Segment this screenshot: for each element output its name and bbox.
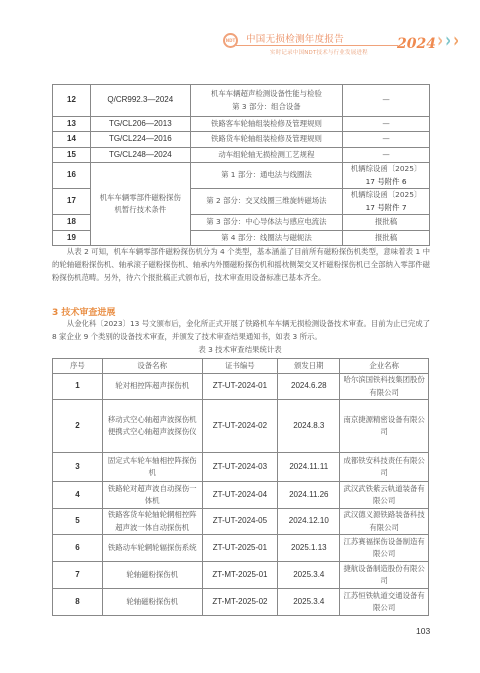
table-caption: 表 3 技术审查结果统计表: [0, 344, 480, 355]
row-number: 2: [53, 400, 103, 453]
report-year: 2024: [397, 36, 436, 52]
chevron-right-icon: ›: [453, 30, 459, 50]
row-number: 5: [53, 509, 103, 535]
table-row: 7 轮轴磁粉探伤机 ZT-MT-2025-01 2025.3.4 捷航设备制造股…: [53, 562, 429, 589]
standard-code: Q/CR992.3—2024: [90, 85, 190, 117]
column-header: 序号: [53, 359, 103, 374]
column-header: 设备名称: [102, 359, 202, 374]
column-header: 证书编号: [202, 359, 278, 374]
row-number: 16: [53, 163, 91, 189]
name-line: 第 3 部分：组合设备: [194, 101, 339, 114]
company-name: 南京捷源精密设备有限公司: [340, 400, 429, 453]
table-row: 14 TG/CL224—2016 铁路货车轮轴组装检修及管理规则 —: [53, 132, 430, 148]
table-row: 13 TG/CL206—2013 铁路客车轮轴组装检修及管理规则 —: [53, 117, 430, 132]
company-name: 江苏恒铁轨道交通设备有限公司: [340, 589, 429, 616]
issue-date: 2024.11.26: [278, 482, 340, 509]
row-number: 13: [53, 117, 91, 132]
device-name: 轮对相控阵超声探伤机: [102, 374, 202, 400]
column-header: 颁发日期: [278, 359, 340, 374]
name-line: 机车车辆超声检测设备性能与检验: [194, 88, 339, 101]
device-name: 铁路客货车轮轴轮辋相控阵超声波一体自动探伤机: [102, 509, 202, 535]
chevron-right-icon: ›: [437, 30, 443, 50]
standard-part: 第 2 部分：交叉线圈三维旋转磁场法: [190, 189, 342, 215]
remark: 报批稿: [343, 215, 430, 231]
report-subtitle: 实时记录中国NDT技术与行业发展进程: [270, 48, 368, 56]
certificate-number: ZT-UT-2024-01: [202, 374, 278, 400]
standard-code: TG/CL224—2016: [90, 132, 190, 148]
certificate-number: ZT-MT-2025-01: [202, 562, 278, 589]
row-number: 4: [53, 482, 103, 509]
row-number: 7: [53, 562, 103, 589]
issue-date: 2024.8.3: [278, 400, 340, 453]
name-line: 机车车辆零部件磁粉探伤: [94, 192, 187, 205]
row-number: 15: [53, 148, 91, 163]
certificate-number: ZT-UT-2024-02: [202, 400, 278, 453]
device-name: 铁路动车轮辋轮辐探伤系统: [102, 535, 202, 562]
company-name: 江苏赛福探伤设备制造有限公司: [340, 535, 429, 562]
merged-standard-name: 机车车辆零部件磁粉探伤机暂行技术条件: [90, 163, 190, 246]
remark-line: 17 号附件 6: [346, 176, 426, 189]
chevron-right-icon: ›: [445, 30, 451, 50]
device-name: 轮轴磁粉探伤机: [102, 589, 202, 616]
company-name: 捷航设备制造股份有限公司: [340, 562, 429, 589]
row-number: 19: [53, 231, 91, 246]
company-name: 武汉武铁紫云轨道装备有限公司: [340, 482, 429, 509]
issue-date: 2025.3.4: [278, 589, 340, 616]
standard-name: 动车组轮轴无损检测工艺规程: [190, 148, 342, 163]
device-name: 铁路轮对超声波自动探伤一体机: [102, 482, 202, 509]
standard-code: TG/CL206—2013: [90, 117, 190, 132]
remark-line: 17 号附件 7: [346, 202, 426, 215]
device-name: 轮轴磁粉探伤机: [102, 562, 202, 589]
table-row: 6 铁路动车轮辋轮辐探伤系统 ZT-UT-2025-01 2025.1.13 江…: [53, 535, 429, 562]
column-header: 企业名称: [340, 359, 429, 374]
issue-date: 2025.3.4: [278, 562, 340, 589]
device-name: 固定式车轮车轴相控阵探伤机: [102, 453, 202, 482]
report-title: 中国无损检测年度报告: [246, 31, 344, 45]
header-divider: [236, 45, 398, 46]
table-row: 16 机车车辆零部件磁粉探伤机暂行技术条件 第 1 部分：通电法与线圈法 机辆综…: [53, 163, 430, 189]
row-number: 1: [53, 374, 103, 400]
remark-line: 机辆综设函〔2025〕: [346, 163, 426, 176]
certificate-number: ZT-UT-2025-01: [202, 535, 278, 562]
remark: —: [343, 132, 430, 148]
company-name: 成都铁安科技责任有限公司: [340, 453, 429, 482]
logo-text: NDT: [226, 38, 235, 43]
table-header-row: 序号 设备名称 证书编号 颁发日期 企业名称: [53, 359, 429, 374]
table-row: 15 TG/CL248—2024 动车组轮轴无损检测工艺规程 —: [53, 148, 430, 163]
body-paragraph-1: 从表 2 可知，机车车辆零部件磁粉探伤机分为 4 个类型，基本涵盖了目前所有磁粉…: [52, 245, 430, 285]
remark: —: [343, 117, 430, 132]
row-number: 14: [53, 132, 91, 148]
body-paragraph-2: 从金化科〔2023〕13 号文颁布后，金化所正式开展了铁路机车车辆无损检测设备技…: [52, 317, 430, 343]
remark: —: [343, 148, 430, 163]
page-header: NDT 中国无损检测年度报告 实时记录中国NDT技术与行业发展进程 2024 ›…: [0, 0, 480, 62]
standard-name: 铁路客车轮轴组装检修及管理规则: [190, 117, 342, 132]
table-row: 4 铁路轮对超声波自动探伤一体机 ZT-UT-2024-04 2024.11.2…: [53, 482, 429, 509]
certificate-number: ZT-UT-2024-03: [202, 453, 278, 482]
standard-part: 第 3 部分：中心导体法与感应电流法: [190, 215, 342, 231]
table-row: 12 Q/CR992.3—2024 机车车辆超声检测设备性能与检验第 3 部分：…: [53, 85, 430, 117]
issue-date: 2024.11.11: [278, 453, 340, 482]
certificate-number: ZT-UT-2024-04: [202, 482, 278, 509]
remark: 报批稿: [343, 231, 430, 246]
standards-table-continued: 12 Q/CR992.3—2024 机车车辆超声检测设备性能与检验第 3 部分：…: [52, 84, 430, 246]
table-row: 5 铁路客货车轮轴轮辋相控阵超声波一体自动探伤机 ZT-UT-2024-05 2…: [53, 509, 429, 535]
issue-date: 2025.1.13: [278, 535, 340, 562]
company-name: 哈尔滨国铁科技集团股份有限公司: [340, 374, 429, 400]
remark: —: [343, 85, 430, 117]
row-number: 6: [53, 535, 103, 562]
standard-code: TG/CL248—2024: [90, 148, 190, 163]
page-number: 103: [416, 626, 430, 636]
issue-date: 2024.12.10: [278, 509, 340, 535]
certificate-number: ZT-UT-2024-05: [202, 509, 278, 535]
standard-name: 铁路货车轮轴组装检修及管理规则: [190, 132, 342, 148]
row-number: 3: [53, 453, 103, 482]
certificate-number: ZT-MT-2025-02: [202, 589, 278, 616]
row-number: 12: [53, 85, 91, 117]
table-row: 2 移动式空心轴超声波探伤机 便携式空心轴超声波探伤仪 ZT-UT-2024-0…: [53, 400, 429, 453]
standard-part: 第 4 部分：线圈法与磁轭法: [190, 231, 342, 246]
table-row: 1 轮对相控阵超声探伤机 ZT-UT-2024-01 2024.6.28 哈尔滨…: [53, 374, 429, 400]
standard-part: 第 1 部分：通电法与线圈法: [190, 163, 342, 189]
table-row: 3 固定式车轮车轴相控阵探伤机 ZT-UT-2024-03 2024.11.11…: [53, 453, 429, 482]
company-name: 武汉德义源铁路装备科技有限公司: [340, 509, 429, 535]
row-number: 8: [53, 589, 103, 616]
device-name: 移动式空心轴超声波探伤机 便携式空心轴超声波探伤仪: [102, 400, 202, 453]
review-results-table: 序号 设备名称 证书编号 颁发日期 企业名称 1 轮对相控阵超声探伤机 ZT-U…: [52, 358, 429, 616]
name-line: 机暂行技术条件: [94, 204, 187, 217]
remark: 机辆综设函〔2025〕17 号附件 7: [343, 189, 430, 215]
remark: 机辆综设函〔2025〕17 号附件 6: [343, 163, 430, 189]
standard-name: 机车车辆超声检测设备性能与检验第 3 部分：组合设备: [190, 85, 342, 117]
issue-date: 2024.6.28: [278, 374, 340, 400]
row-number: 18: [53, 215, 91, 231]
remark-line: 机辆综设函〔2025〕: [346, 189, 426, 202]
row-number: 17: [53, 189, 91, 215]
table-row: 8 轮轴磁粉探伤机 ZT-MT-2025-02 2025.3.4 江苏恒铁轨道交…: [53, 589, 429, 616]
